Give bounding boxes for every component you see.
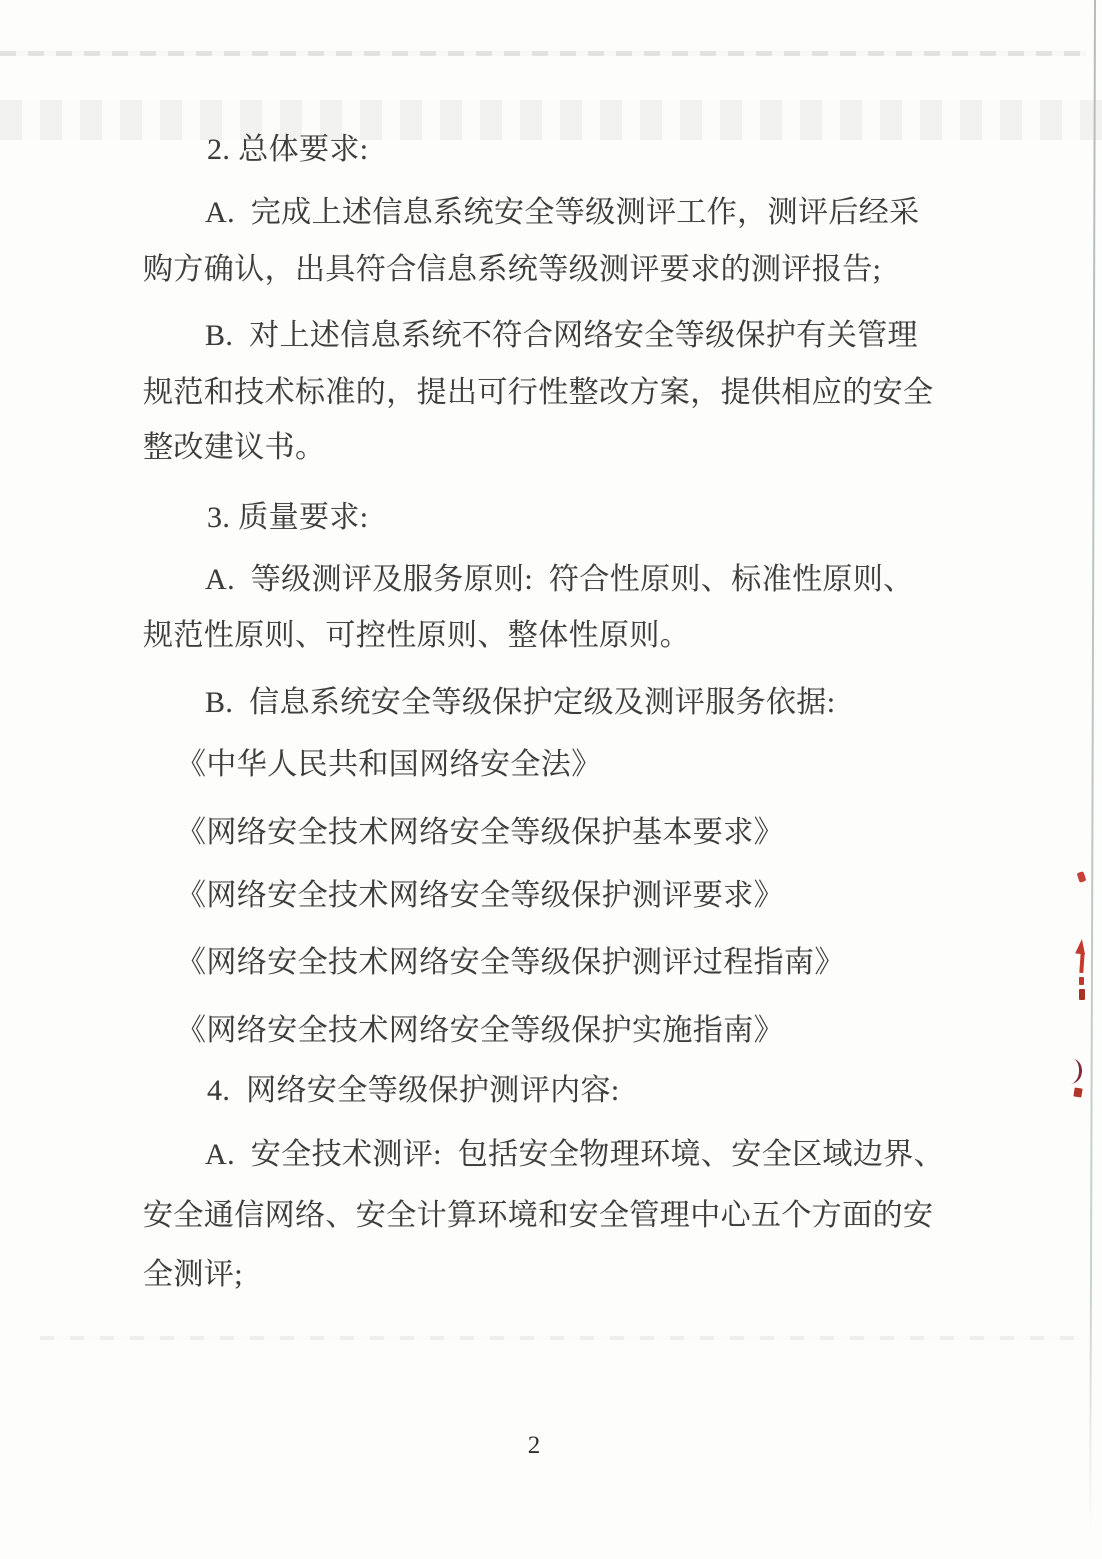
scan-streak-artifact-top: [0, 51, 1086, 56]
doc-line: 规范性原则、可控性原则、整体性原则。: [143, 619, 690, 653]
scan-streak-artifact-bottom: [40, 1336, 1080, 1340]
doc-line: 整改建议书。: [143, 431, 325, 465]
doc-line: B. 信息系统安全等级保护定级及测评服务依据:: [205, 686, 835, 720]
doc-line: A. 完成上述信息系统安全等级测评工作，测评后经采: [205, 196, 920, 230]
doc-line: A. 等级测评及服务原则: 符合性原则、标准性原则、: [205, 563, 914, 597]
doc-line-heading-overall-requirements: 2. 总体要求:: [207, 133, 369, 167]
doc-line-cited-standard: 《网络安全技术网络安全等级保护测评过程指南》: [176, 946, 845, 980]
doc-line-cited-standard: 《中华人民共和国网络安全法》: [176, 748, 602, 782]
doc-line-cited-standard: 《网络安全技术网络安全等级保护测评要求》: [176, 879, 784, 913]
scan-noise-band: [0, 100, 1102, 140]
red-arrow-dash: [1079, 977, 1084, 985]
red-bracket-mark: [1067, 1059, 1082, 1085]
scanned-document-page: 2. 总体要求: A. 完成上述信息系统安全等级测评工作，测评后经采 购方确认，…: [0, 0, 1102, 1559]
doc-line-cited-standard: 《网络安全技术网络安全等级保护基本要求》: [176, 816, 784, 850]
doc-line: 规范和技术标准的，提出可行性整改方案，提供相应的安全: [143, 376, 933, 410]
doc-line-heading-evaluation-content: 4. 网络安全等级保护测评内容:: [207, 1074, 620, 1108]
page-fold-edge-line: [1089, 0, 1096, 1534]
doc-line-heading-quality-requirements: 3. 质量要求:: [207, 501, 369, 535]
doc-line-cited-standard: 《网络安全技术网络安全等级保护实施指南》: [176, 1014, 784, 1048]
red-pen-dot-mark: [1077, 871, 1087, 883]
red-square-mark: [1073, 1087, 1082, 1097]
red-arrow-dash: [1079, 989, 1085, 1000]
red-arrow-stroke: [1079, 952, 1084, 973]
red-pen-arrow-mark: [1073, 939, 1089, 1003]
doc-line: 购方确认，出具符合信息系统等级测评要求的测评报告;: [143, 253, 881, 287]
doc-line: A. 安全技术测评: 包括安全物理环境、安全区域边界、: [205, 1138, 944, 1172]
doc-line: B. 对上述信息系统不符合网络安全等级保护有关管理: [205, 319, 918, 353]
doc-line: 安全通信网络、安全计算环境和安全管理中心五个方面的安: [143, 1199, 933, 1233]
doc-line: 全测评;: [143, 1258, 243, 1292]
page-number: 2: [522, 1432, 546, 1460]
